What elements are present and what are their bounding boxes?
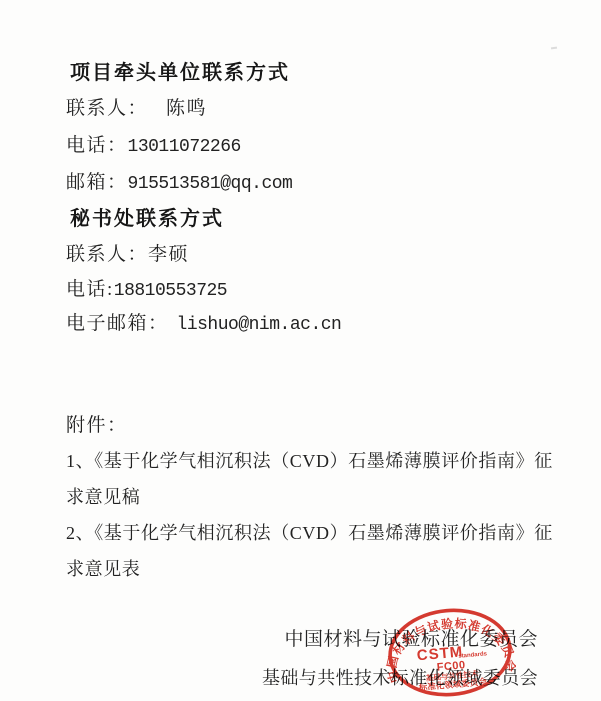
lead-phone-line: 电话：13011072266 bbox=[66, 135, 241, 158]
secretariat-phone-value: 18810553725 bbox=[114, 281, 227, 301]
lead-contact-label: 联系人： bbox=[66, 98, 148, 119]
lead-email-label: 邮箱： bbox=[66, 172, 128, 193]
official-seal: 中国材料与试验标准化委员会 CSTM standards FC00 基础与共性技… bbox=[384, 604, 516, 701]
secretariat-email-line: 电子邮箱：lishuo@nim.ac.cn bbox=[66, 313, 341, 336]
lead-contact-value: 陈鸣 bbox=[166, 98, 207, 119]
lead-phone-value: 13011072266 bbox=[128, 137, 241, 157]
secretariat-contact-value: 李硕 bbox=[148, 244, 189, 265]
lead-unit-heading: 项目牵头单位联系方式 bbox=[70, 62, 290, 85]
secretariat-email-value: lishuo@nim.ac.cn bbox=[177, 315, 342, 335]
lead-email-line: 邮箱：915513581@qq.com bbox=[66, 172, 292, 195]
secretariat-phone-line: 电话:18810553725 bbox=[66, 279, 227, 302]
secretariat-heading: 秘书处联系方式 bbox=[70, 208, 224, 231]
attachments-heading: 附件： bbox=[66, 415, 128, 437]
secretariat-contact-line: 联系人：李硕 bbox=[66, 244, 189, 266]
secretariat-contact-label: 联系人： bbox=[66, 244, 148, 265]
official-seal-graphic: 中国材料与试验标准化委员会 CSTM standards FC00 基础与共性技… bbox=[384, 604, 516, 701]
attachment-1-line-1: 1、《基于化学气相沉积法（CVD）石墨烯薄膜评价指南》征 bbox=[66, 451, 553, 472]
lead-email-value: 915513581@qq.com bbox=[128, 174, 293, 194]
secretariat-phone-label: 电话: bbox=[66, 279, 114, 300]
secretariat-email-label: 电子邮箱： bbox=[66, 313, 169, 334]
attachment-1-line-2: 求意见稿 bbox=[66, 487, 140, 508]
document-page: 项目牵头单位联系方式 联系人：陈鸣 电话：13011072266 邮箱：9155… bbox=[0, 0, 601, 701]
attachment-2-line-1: 2、《基于化学气相沉积法（CVD）石墨烯薄膜评价指南》征 bbox=[66, 523, 553, 544]
lead-phone-label: 电话： bbox=[66, 135, 128, 156]
scan-artifact bbox=[551, 47, 557, 50]
lead-contact-line: 联系人：陈鸣 bbox=[66, 98, 207, 120]
attachment-2-line-2: 求意见表 bbox=[66, 559, 140, 580]
